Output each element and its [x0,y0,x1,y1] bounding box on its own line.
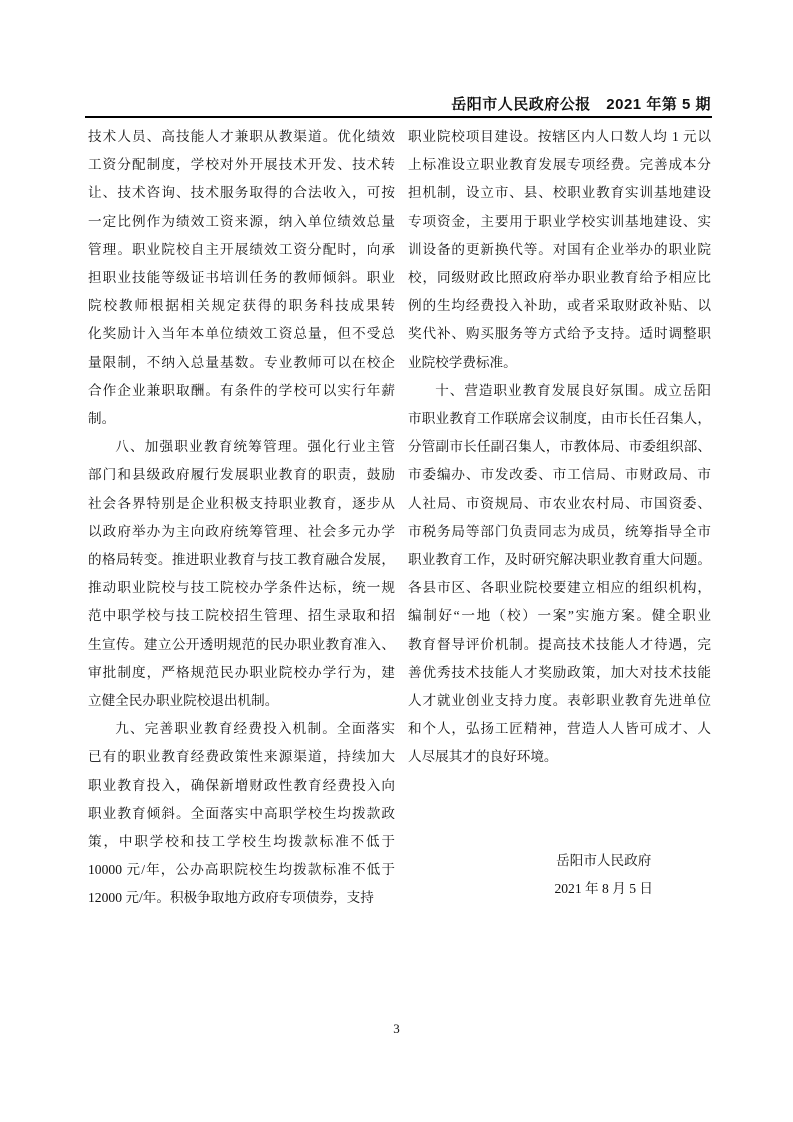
text-line: 让、技术咨询、技术服务取得的合法收入，可按 [88,179,395,207]
text-line: 的格局转变。推进职业教育与技工教育融合发展， [88,546,395,574]
text-line: 十、营造职业教育发展良好氛围。成立岳阳 [408,377,711,405]
text-line: 推动职业院校与技工院校办学条件达标，统一规 [88,574,395,602]
text-line: 策，中职学校和技工学校生均拨款标准不低于 [88,828,395,856]
text-line: 10000 元/年，公办高职院校生均拨款标准不低于 [88,856,395,884]
text-line: 专项资金，主要用于职业学校实训基地建设、实 [408,208,711,236]
text-line: 业院校学费标准。 [408,349,711,377]
text-line: 部门和县级政府履行发展职业教育的职责，鼓励 [88,461,395,489]
text-line: 技术人员、高技能人才兼职从教渠道。优化绩效 [88,123,395,151]
signature-date: 2021 年 8 月 5 日 [554,875,653,903]
text-line: 和个人，弘扬工匠精神，营造人人皆可成才、人 [408,715,711,743]
text-line: 职业教育投入，确保新增财政性教育经费投入向 [88,772,395,800]
text-line: 社会各界特别是企业积极支持职业教育，逐步从 [88,490,395,518]
text-line: 例的生均经费投入补助，或者采取财政补贴、以 [408,292,711,320]
text-line: 市职业教育工作联席会议制度，由市长任召集人， [408,405,711,433]
text-line: 教育督导评价机制。提高技术技能人才待遇，完 [408,631,711,659]
text-line: 以政府举办为主向政府统筹管理、社会多元办学 [88,518,395,546]
text-line: 量限制，不纳入总量基数。专业教师可以在校企 [88,349,395,377]
text-line: 一定比例作为绩效工资来源，纳入单位绩效总量 [88,208,395,236]
text-line: 担职业技能等级证书培训任务的教师倾斜。职业 [88,264,395,292]
text-line: 职业院校项目建设。按辖区内人口数人均 1 元以 [408,123,711,151]
text-line: 已有的职业教育经费政策性来源渠道，持续加大 [88,743,395,771]
text-line: 院校教师根据相关规定获得的职务科技成果转 [88,292,395,320]
right-text-column: 职业院校项目建设。按辖区内人口数人均 1 元以上标准设立职业教育发展专项经费。完… [408,123,711,772]
text-line: 人才就业创业支持力度。表彰职业教育先进单位 [408,687,711,715]
text-line: 12000 元/年。积极争取地方政府专项债券，支持 [88,884,395,912]
text-line: 上标准设立职业教育发展专项经费。完善成本分 [408,151,711,179]
text-line: 训设备的更新换代等。对国有企业举办的职业院 [408,236,711,264]
text-line: 生宣传。建立公开透明规范的民办职业教育准入、 [88,631,395,659]
text-line: 人尽展其才的良好环境。 [408,743,711,771]
text-line: 编制好“一地（校）一案”实施方案。健全职业 [408,602,711,630]
text-line: 管理。职业院校自主开展绩效工资分配时，向承 [88,236,395,264]
text-line: 职业教育工作，及时研究解决职业教育重大问题。 [408,546,711,574]
text-line: 分管副市长任副召集人，市教体局、市委组织部、 [408,433,711,461]
text-line: 立健全民办职业院校退出机制。 [88,687,395,715]
page-number: 3 [0,1021,793,1037]
text-line: 审批制度，严格规范民办职业院校办学行为，建 [88,659,395,687]
text-line: 担机制，设立市、县、校职业教育实训基地建设 [408,179,711,207]
text-line: 制。 [88,405,395,433]
text-line: 校，同级财政比照政府举办职业教育给予相应比 [408,264,711,292]
text-line: 八、加强职业教育统筹管理。强化行业主管 [88,433,395,461]
text-line: 工资分配制度，学校对外开展技术开发、技术转 [88,151,395,179]
text-line: 化奖励计入当年本单位绩效工资总量，但不受总 [88,320,395,348]
signature-inner: 岳阳市人民政府 2021 年 8 月 5 日 [554,847,653,903]
text-line: 各县市区、各职业院校要建立相应的组织机构， [408,574,711,602]
text-line: 九、完善职业教育经费投入机制。全面落实 [88,715,395,743]
text-line: 奖代补、购买服务等方式给予支持。适时调整职 [408,320,711,348]
left-text-column: 技术人员、高技能人才兼职从教渠道。优化绩效工资分配制度，学校对外开展技术开发、技… [88,123,395,913]
text-line: 人社局、市资规局、市农业农村局、市国资委、 [408,490,711,518]
text-line: 市税务局等部门负责同志为成员，统筹指导全市 [408,518,711,546]
text-line: 范中职学校与技工院校招生管理、招生录取和招 [88,602,395,630]
gazette-header-title: 岳阳市人民政府公报 2021 年第 5 期 [451,93,711,114]
gazette-page: 岳阳市人民政府公报 2021 年第 5 期 技术人员、高技能人才兼职从教渠道。优… [0,0,793,1122]
signature-author: 岳阳市人民政府 [554,847,653,875]
text-line: 市委编办、市发改委、市工信局、市财政局、市 [408,461,711,489]
signature-block: 岳阳市人民政府 2021 年 8 月 5 日 [408,847,711,903]
text-line: 职业教育倾斜。全面落实中高职学校生均拨款政 [88,800,395,828]
text-line: 合作企业兼职取酬。有条件的学校可以实行年薪 [88,377,395,405]
text-line: 善优秀技术技能人才奖励政策，加大对技术技能 [408,659,711,687]
header-rule [85,116,712,118]
